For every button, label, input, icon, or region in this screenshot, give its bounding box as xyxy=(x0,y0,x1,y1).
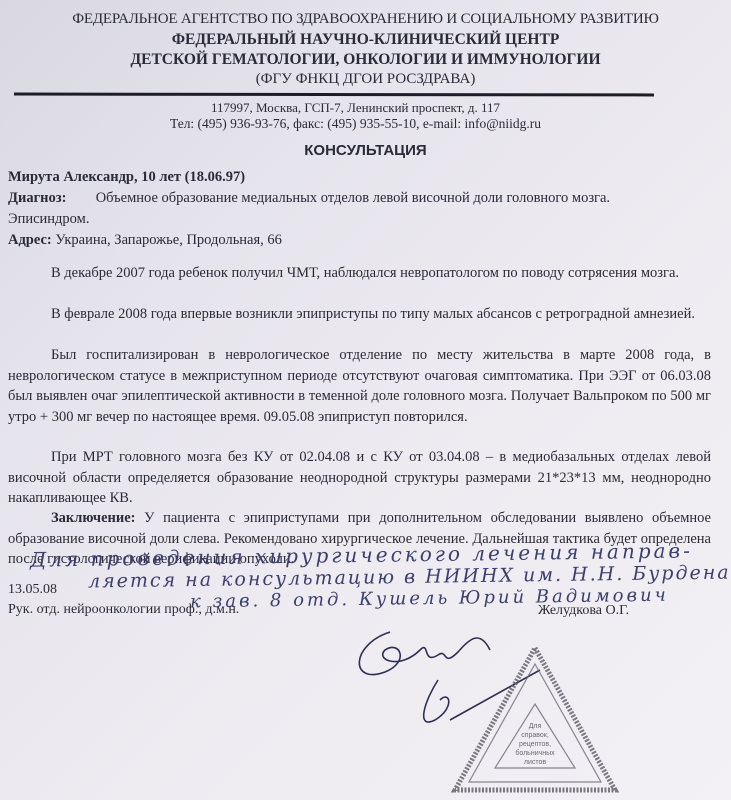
address-text: Украина, Запарожье, Продольная, 66 xyxy=(55,232,282,248)
consultation-document: ФЕДЕРАЛЬНОЕ АГЕНТСТВО ПО ЗДРАВООХРАНЕНИЮ… xyxy=(0,0,731,800)
diagnosis-continuation: Эписиндром. xyxy=(8,211,89,228)
document-date: 13.05.08 xyxy=(8,582,57,598)
signatory-title: Рук. отд. нейроонкологии проф., д.м.н. xyxy=(8,602,239,618)
paragraph-1: В декабре 2007 года ребенок получил ЧМТ,… xyxy=(8,263,711,284)
center-name-line1: ФЕДЕРАЛЬНЫЙ НАУЧНО-КЛИНИЧЕСКИЙ ЦЕНТР xyxy=(0,32,731,48)
svg-text:справок,: справок, xyxy=(521,732,549,739)
agency-name: ФЕДЕРАЛЬНОЕ АГЕНТСТВО ПО ЗДРАВООХРАНЕНИЮ… xyxy=(0,12,731,27)
signature-and-stamp: Для справок, рецептов, больничных листов xyxy=(330,610,660,800)
document-title: КОНСУЛЬТАЦИЯ xyxy=(0,142,731,159)
diagnosis-text: Объемное образование медиальных отделов … xyxy=(96,190,610,206)
svg-text:листов: листов xyxy=(524,759,547,766)
paragraph-4: При МРТ головного мозга без КУ от 02.04.… xyxy=(8,447,711,509)
svg-text:больничных: больничных xyxy=(515,749,555,757)
conclusion-label: Заключение: xyxy=(51,510,136,526)
signature-icon xyxy=(359,632,540,722)
paragraph-2: В феврале 2008 года впервые возникли эпи… xyxy=(8,304,711,325)
triangle-stamp-icon: Для справок, рецептов, больничных листов xyxy=(455,648,615,790)
diagnosis-label: Диагноз: xyxy=(8,190,66,206)
address-line: Адрес: Украина, Запарожье, Продольная, 6… xyxy=(8,232,282,249)
diagnosis-line: Диагноз: Объемное образование медиальных… xyxy=(8,190,610,207)
svg-text:Для: Для xyxy=(529,723,542,730)
patient-info: Мирута Александр, 10 лет (18.06.97) xyxy=(8,169,245,186)
center-address: 117997, Москва, ГСП-7, Ленинский проспек… xyxy=(0,101,721,114)
letterhead-divider xyxy=(14,93,654,97)
center-contacts: Тел: (495) 936-93-76, факс: (495) 935-55… xyxy=(0,117,721,131)
center-abbreviation: (ФГУ ФНКЦ ДГОИ РОСЗДРАВА) xyxy=(0,72,731,87)
center-name-line2: ДЕТСКОЙ ГЕМАТОЛОГИИ, ОНКОЛОГИИ И ИММУНОЛ… xyxy=(0,52,731,68)
svg-text:рецептов,: рецептов, xyxy=(519,741,551,748)
address-label: Адрес: xyxy=(8,232,52,248)
paragraph-3: Был госпитализирован в неврологическое о… xyxy=(8,345,711,427)
